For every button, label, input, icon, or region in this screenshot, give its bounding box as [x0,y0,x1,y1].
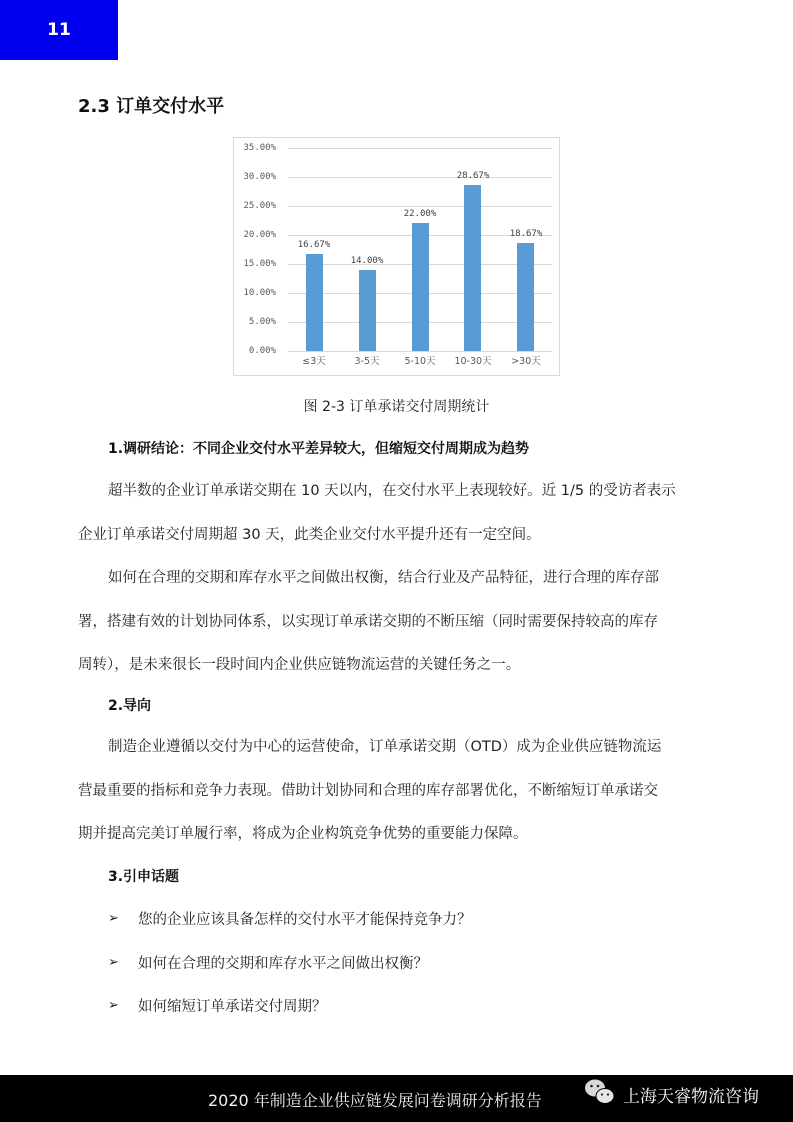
topic-item: ➢ 您的企业应该具备怎样的交付水平才能保持竞争力？ [108,908,472,929]
gridline [288,351,552,352]
topics-heading: 3.引申话题 [108,866,179,886]
topic-item: ➢ 如何在合理的交期和库存水平之间做出权衡？ [108,952,428,973]
paragraph-line: 营最重要的指标和竞争力表现。借助计划协同和合理的库存部署优化，不断缩短订单承诺交 [78,770,718,814]
x-axis-category-label: ≤3天 [287,356,341,368]
page-number: 11 [47,20,71,40]
arrow-bullet-icon: ➢ [108,998,138,1013]
bar-value-label: 22.00% [390,209,450,219]
gridline [288,177,552,178]
topic-text: 如何在合理的交期和库存水平之间做出权衡？ [138,952,428,973]
paragraph-line: 署，搭建有效的计划协同体系，以实现订单承诺交期的不断压缩（同时需要保持较高的库存 [78,601,718,645]
bar [359,270,376,351]
y-axis-tick-label: 30.00% [234,172,276,182]
footer-report-title: 2020 年制造企业供应链发展问卷调研分析报告 [208,1088,542,1111]
paragraph-line: 如何在合理的交期和库存水平之间做出权衡，结合行业及产品特征，进行合理的库存部 [78,557,718,601]
bar-chart: 35.00%30.00%25.00%20.00%15.00%10.00%5.00… [233,137,560,376]
topic-text: 您的企业应该具备怎样的交付水平才能保持竞争力？ [138,908,472,929]
y-axis-tick-label: 35.00% [234,143,276,153]
wechat-icon [583,1077,617,1111]
footer-brand: 上海天睿物流咨询 [583,1077,759,1111]
topic-item: ➢ 如何缩短订单承诺交付周期？ [108,995,327,1016]
gridline [288,206,552,207]
x-axis-category-label: 3-5天 [340,356,394,368]
conclusion-paragraph-1: 超半数的企业订单承诺交期在 10 天以内，在交付水平上表现较好。近 1/5 的受… [78,470,718,557]
bar [464,185,481,351]
guidance-paragraph: 制造企业遵循以交付为中心的运营使命，订单承诺交期（OTD）成为企业供应链物流运 … [78,726,718,857]
bar-value-label: 14.00% [337,256,397,266]
figure-caption: 图 2-3 订单承诺交付周期统计 [0,396,793,416]
arrow-bullet-icon: ➢ [108,955,138,970]
topic-text: 如何缩短订单承诺交付周期？ [138,995,327,1016]
x-axis-category-label: 5-10天 [393,356,447,368]
x-axis-category-label: >30天 [499,356,553,368]
bar [306,254,323,351]
guidance-heading: 2.导向 [108,695,151,715]
bar [517,243,534,351]
arrow-bullet-icon: ➢ [108,911,138,926]
paragraph-line: 超半数的企业订单承诺交期在 10 天以内，在交付水平上表现较好。近 1/5 的受… [78,470,718,514]
conclusion-paragraph-2: 如何在合理的交期和库存水平之间做出权衡，结合行业及产品特征，进行合理的库存部 署… [78,557,718,688]
y-axis-tick-label: 25.00% [234,201,276,211]
gridline [288,148,552,149]
y-axis-tick-label: 10.00% [234,288,276,298]
footer-bar: 2020 年制造企业供应链发展问卷调研分析报告 上海天睿物流咨询 [0,1075,793,1122]
conclusion-heading: 1.调研结论：不同企业交付水平差异较大，但缩短交付周期成为趋势 [108,438,529,458]
bar [412,223,429,351]
bar-value-label: 18.67% [496,229,556,239]
paragraph-line: 期并提高完美订单履行率，将成为企业构筑竞争优势的重要能力保障。 [78,813,718,857]
y-axis-tick-label: 5.00% [234,317,276,327]
paragraph-line: 企业订单承诺交付周期超 30 天，此类企业交付水平提升还有一定空间。 [78,514,718,558]
bar-value-label: 16.67% [284,240,344,250]
paragraph-line: 制造企业遵循以交付为中心的运营使命，订单承诺交期（OTD）成为企业供应链物流运 [78,726,718,770]
page-number-badge: 11 [0,0,118,60]
y-axis-tick-label: 15.00% [234,259,276,269]
y-axis-tick-label: 20.00% [234,230,276,240]
bar-value-label: 28.67% [443,171,503,181]
paragraph-line: 周转），是未来很长一段时间内企业供应链物流运营的关键任务之一。 [78,644,718,688]
y-axis-tick-label: 0.00% [234,346,276,356]
x-axis-category-label: 10-30天 [446,356,500,368]
section-title: 2.3 订单交付水平 [78,92,224,118]
footer-brand-name: 上海天睿物流咨询 [623,1082,759,1107]
